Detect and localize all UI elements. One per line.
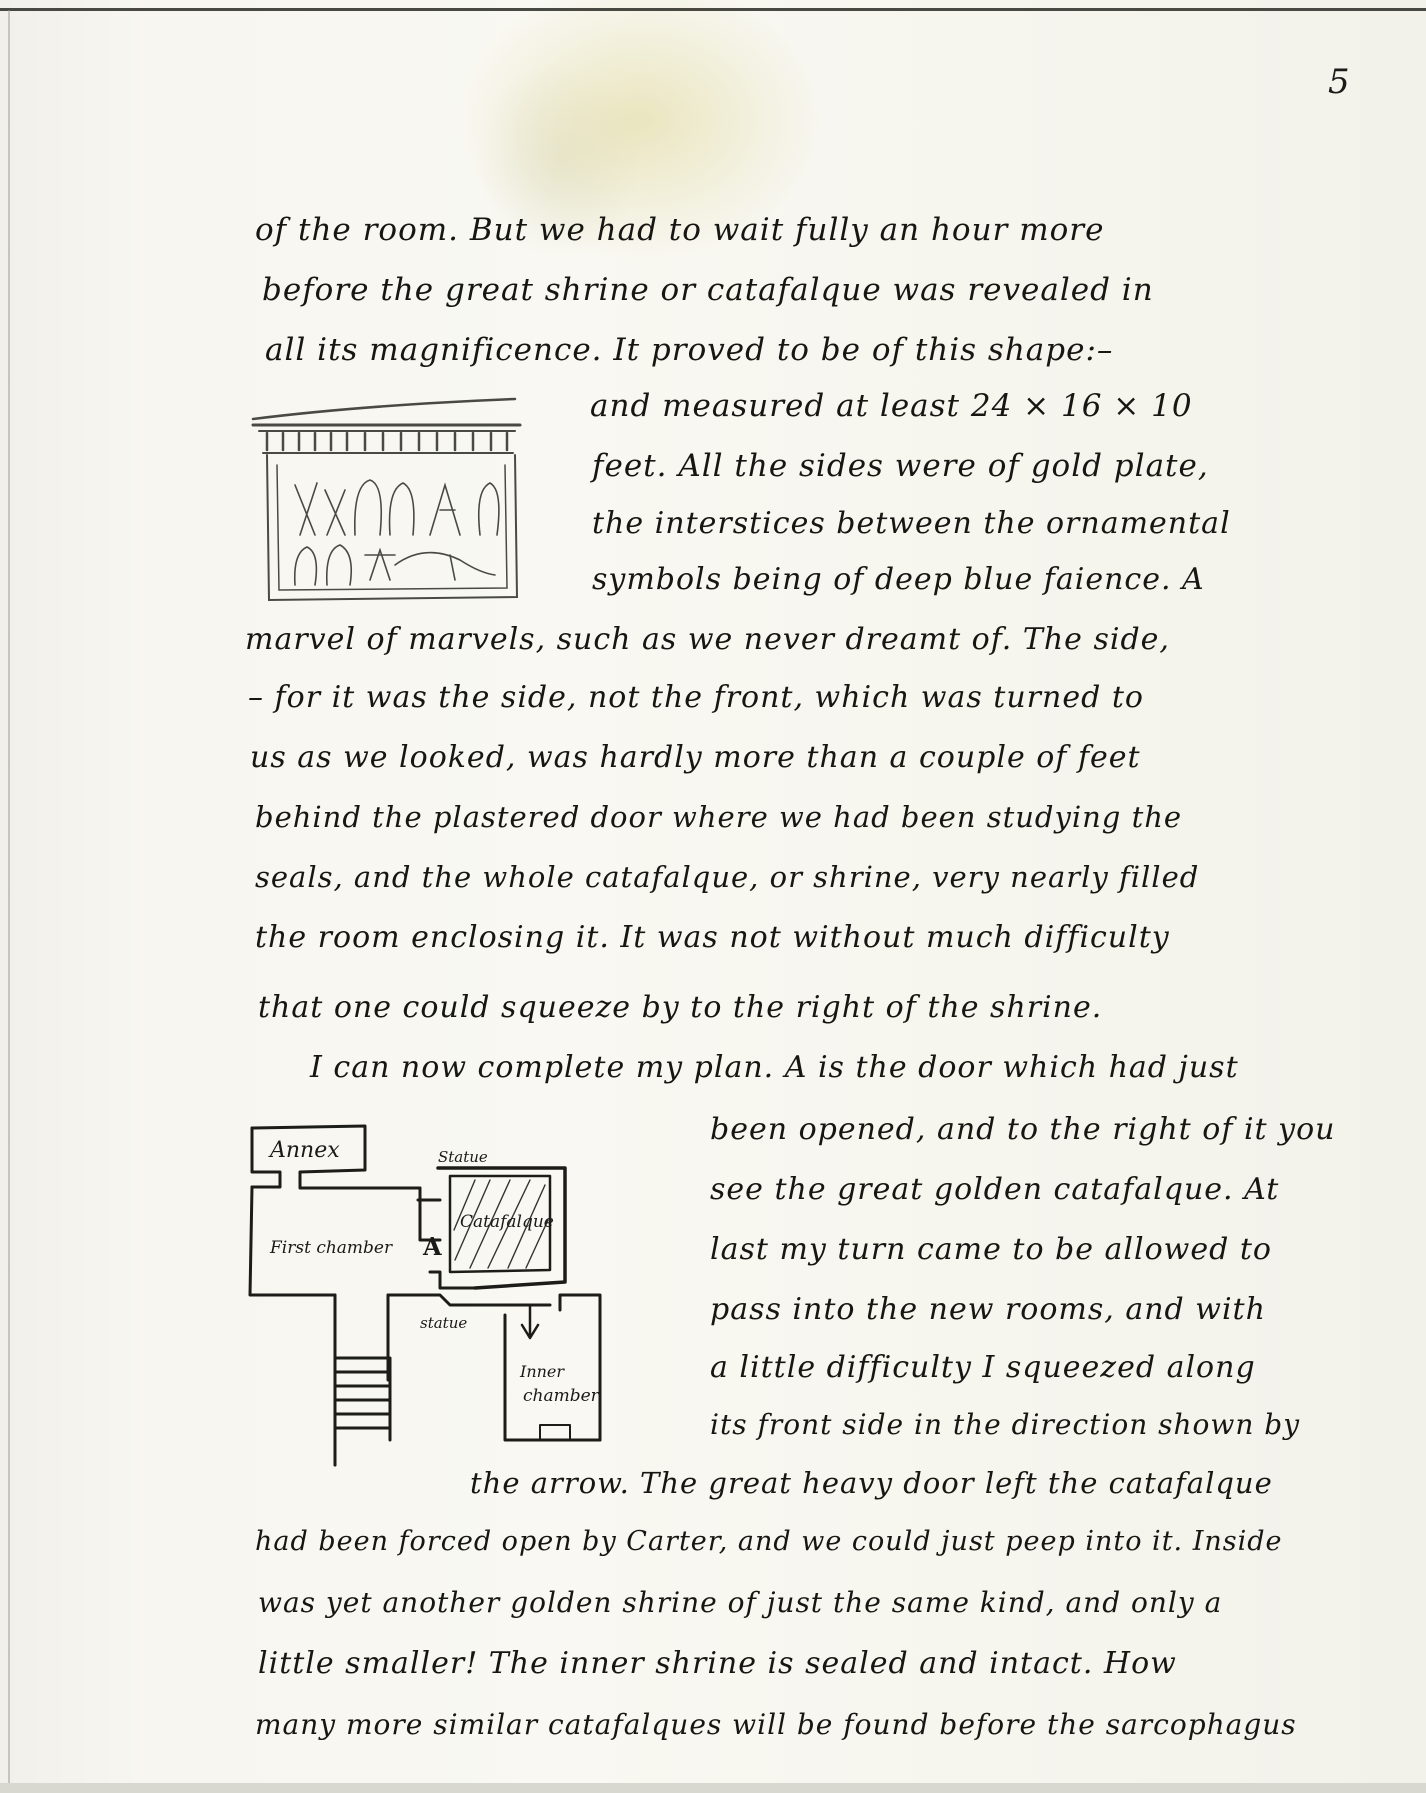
text-line: been opened, and to the right of it you [710, 1112, 1335, 1147]
text-line: marvel of marvels, such as we never drea… [245, 622, 1170, 657]
plan-label-catafalque: Catafalque [460, 1212, 554, 1232]
text-line: was yet another golden shrine of just th… [258, 1586, 1222, 1619]
shrine-drawing-icon [245, 395, 530, 610]
text-line: seals, and the whole catafalque, or shri… [255, 860, 1199, 894]
floor-plan-drawing-icon [240, 1110, 640, 1490]
top-edge-rule [0, 8, 1426, 11]
left-page-edge [8, 10, 10, 1793]
bottom-page-edge [0, 1783, 1426, 1793]
plan-label-annex: Annex [270, 1138, 340, 1163]
text-line: the interstices between the ornamental [592, 506, 1231, 541]
page-number: 5 [1328, 62, 1350, 102]
text-line: behind the plastered door where we had b… [255, 800, 1182, 834]
text-line: the room enclosing it. It was not withou… [255, 920, 1170, 955]
text-line: feet. All the sides were of gold plate, [592, 448, 1209, 484]
text-line: had been forced open by Carter, and we c… [255, 1526, 1283, 1557]
text-line: a little difficulty I squeezed along [710, 1350, 1256, 1385]
text-line: see the great golden catafalque. At [710, 1172, 1279, 1207]
plan-label-statue-bottom: statue [420, 1314, 467, 1332]
plan-label-first-chamber: First chamber [270, 1238, 392, 1258]
text-line: and measured at least 24 × 16 × 10 [590, 388, 1193, 424]
text-line: before the great shrine or catafalque wa… [262, 272, 1154, 308]
text-line: of the room. But we had to wait fully an… [255, 212, 1104, 248]
text-line: I can now complete my plan. A is the doo… [310, 1050, 1239, 1085]
tomb-floor-plan: Annex First chamber A Catafalque Statue … [240, 1110, 640, 1490]
text-line: many more similar catafalques will be fo… [255, 1708, 1297, 1741]
text-line: pass into the new rooms, and with [710, 1292, 1266, 1327]
plan-label-statue-top: Statue [438, 1148, 488, 1166]
text-line: us as we looked, was hardly more than a … [250, 740, 1141, 775]
shrine-sketch [245, 395, 530, 610]
text-line: – for it was the side, not the front, wh… [248, 680, 1144, 715]
text-line: last my turn came to be allowed to [710, 1232, 1272, 1267]
plan-label-door-a: A [423, 1232, 442, 1261]
text-line: all its magnificence. It proved to be of… [265, 332, 1113, 368]
text-line: that one could squeeze by to the right o… [258, 990, 1102, 1025]
plan-label-inner-chamber-1: Inner [520, 1362, 564, 1381]
manuscript-page: 5 of the room. But we had to wait fully … [0, 0, 1426, 1793]
plan-label-inner-chamber-2: chamber [523, 1386, 599, 1406]
text-line: its front side in the direction shown by [710, 1408, 1300, 1441]
text-line: little smaller! The inner shrine is seal… [258, 1646, 1177, 1681]
text-line: symbols being of deep blue faience. A [592, 562, 1205, 597]
